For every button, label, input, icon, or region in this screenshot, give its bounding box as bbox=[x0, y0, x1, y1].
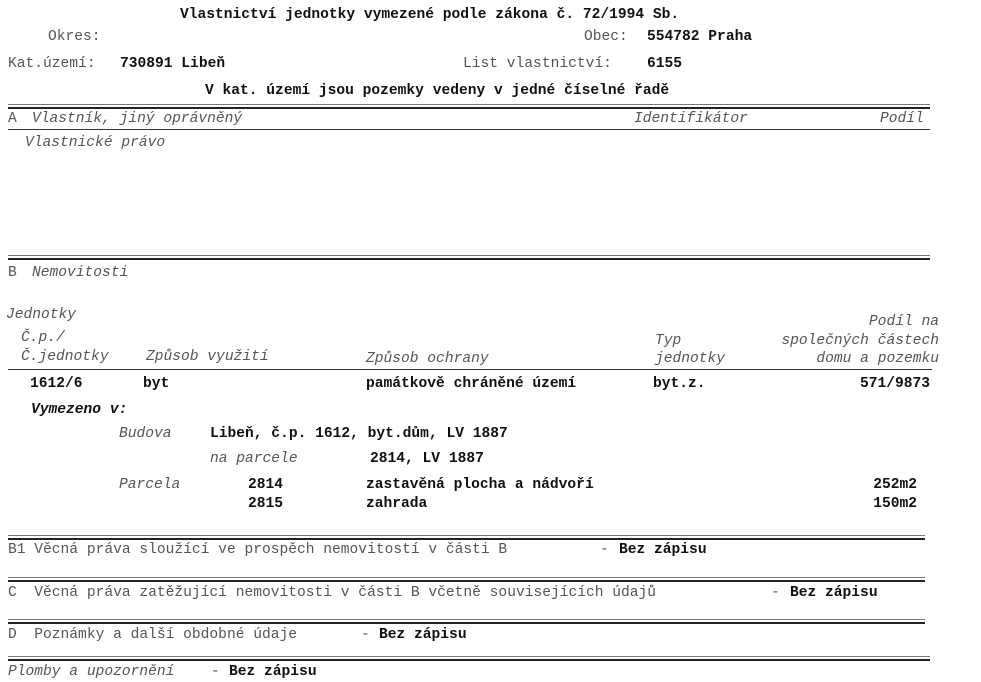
parcela-label: Parcela bbox=[119, 477, 180, 493]
section-divider bbox=[8, 656, 930, 661]
section-b1-status: Bez zápisu bbox=[619, 542, 707, 558]
list-vlastnictvi-label: List vlastnictví: bbox=[463, 56, 612, 72]
column-typ: Typ bbox=[655, 333, 681, 349]
section-plomby-status: Bez zápisu bbox=[229, 664, 317, 680]
okres-label: Okres: bbox=[48, 29, 101, 45]
vlastnicke-pravo-heading: Vlastnické právo bbox=[25, 135, 165, 151]
column-cislo-jednotky: Č.jednotky bbox=[21, 349, 109, 365]
section-d-status: Bez zápisu bbox=[379, 627, 467, 643]
parcel-cislo: 2814 bbox=[248, 477, 283, 493]
unit-typ: byt.z. bbox=[653, 376, 706, 392]
jednotky-label: Jednotky bbox=[6, 307, 76, 323]
parcel-druh: zahrada bbox=[366, 496, 427, 512]
section-d-dash: - bbox=[361, 627, 370, 643]
section-b-title: Nemovitosti bbox=[32, 265, 128, 281]
header-underline bbox=[8, 369, 932, 370]
parcel-vymera: 150m2 bbox=[873, 496, 917, 512]
section-b1-dash: - bbox=[600, 542, 609, 558]
budova-value: Libeň, č.p. 1612, byt.dům, LV 1887 bbox=[210, 426, 508, 442]
parcel-vymera: 252m2 bbox=[873, 477, 917, 493]
vymezeno-label: Vymezeno v: bbox=[31, 402, 127, 418]
section-d-title: D Poznámky a další obdobné údaje bbox=[8, 627, 297, 643]
section-plomby-title: Plomby a upozornění bbox=[8, 664, 174, 680]
header-underline bbox=[8, 129, 930, 130]
section-divider bbox=[8, 255, 930, 260]
section-divider bbox=[8, 104, 930, 109]
unit-zpusob-vyuziti: byt bbox=[143, 376, 169, 392]
section-c-status: Bez zápisu bbox=[790, 585, 878, 601]
kat-uzemi-label: Kat.území: bbox=[8, 56, 96, 72]
section-c-title: C Věcná práva zatěžující nemovitosti v č… bbox=[8, 585, 656, 601]
na-parcele-value: 2814, LV 1887 bbox=[370, 451, 484, 467]
section-plomby-dash: - bbox=[211, 664, 220, 680]
column-identifikator: Identifikátor bbox=[634, 111, 748, 127]
obec-label: Obec: bbox=[584, 29, 628, 45]
section-b1-title: B1 Věcná práva sloužící ve prospěch nemo… bbox=[8, 542, 507, 558]
column-podil: Podíl bbox=[880, 111, 924, 127]
na-parcele-label: na parcele bbox=[210, 451, 298, 467]
column-spolecnych-castech: společných částech bbox=[781, 333, 939, 349]
document-title: Vlastnictví jednotky vymezené podle záko… bbox=[180, 7, 679, 23]
column-typ-jednotky: jednotky bbox=[655, 351, 725, 367]
section-a-title: Vlastník, jiný oprávněný bbox=[32, 111, 242, 127]
budova-label: Budova bbox=[119, 426, 172, 442]
section-b-letter: B bbox=[8, 265, 17, 281]
column-cp: Č.p./ bbox=[21, 330, 65, 346]
column-podil-na: Podíl na bbox=[869, 314, 939, 330]
column-zpusob-ochrany: Způsob ochrany bbox=[366, 351, 489, 367]
column-zpusob-vyuziti: Způsob využití bbox=[146, 349, 269, 365]
section-c-dash: - bbox=[771, 585, 780, 601]
parcel-cislo: 2815 bbox=[248, 496, 283, 512]
unit-zpusob-ochrany: památkově chráněné území bbox=[366, 376, 576, 392]
parcel-druh: zastavěná plocha a nádvoří bbox=[366, 477, 594, 493]
section-divider bbox=[8, 535, 925, 540]
unit-podil: 571/9873 bbox=[860, 376, 930, 392]
kat-uzemi-value: 730891 Libeň bbox=[120, 56, 225, 72]
section-a-letter: A bbox=[8, 111, 17, 127]
column-domu-a-pozemku: domu a pozemku bbox=[816, 351, 939, 367]
obec-value: 554782 Praha bbox=[647, 29, 752, 45]
unit-cislo: 1612/6 bbox=[30, 376, 83, 392]
section-divider bbox=[8, 577, 925, 582]
section-divider bbox=[8, 619, 925, 624]
numbering-note: V kat. území jsou pozemky vedeny v jedné… bbox=[205, 83, 669, 99]
list-vlastnictvi-value: 6155 bbox=[647, 56, 682, 72]
